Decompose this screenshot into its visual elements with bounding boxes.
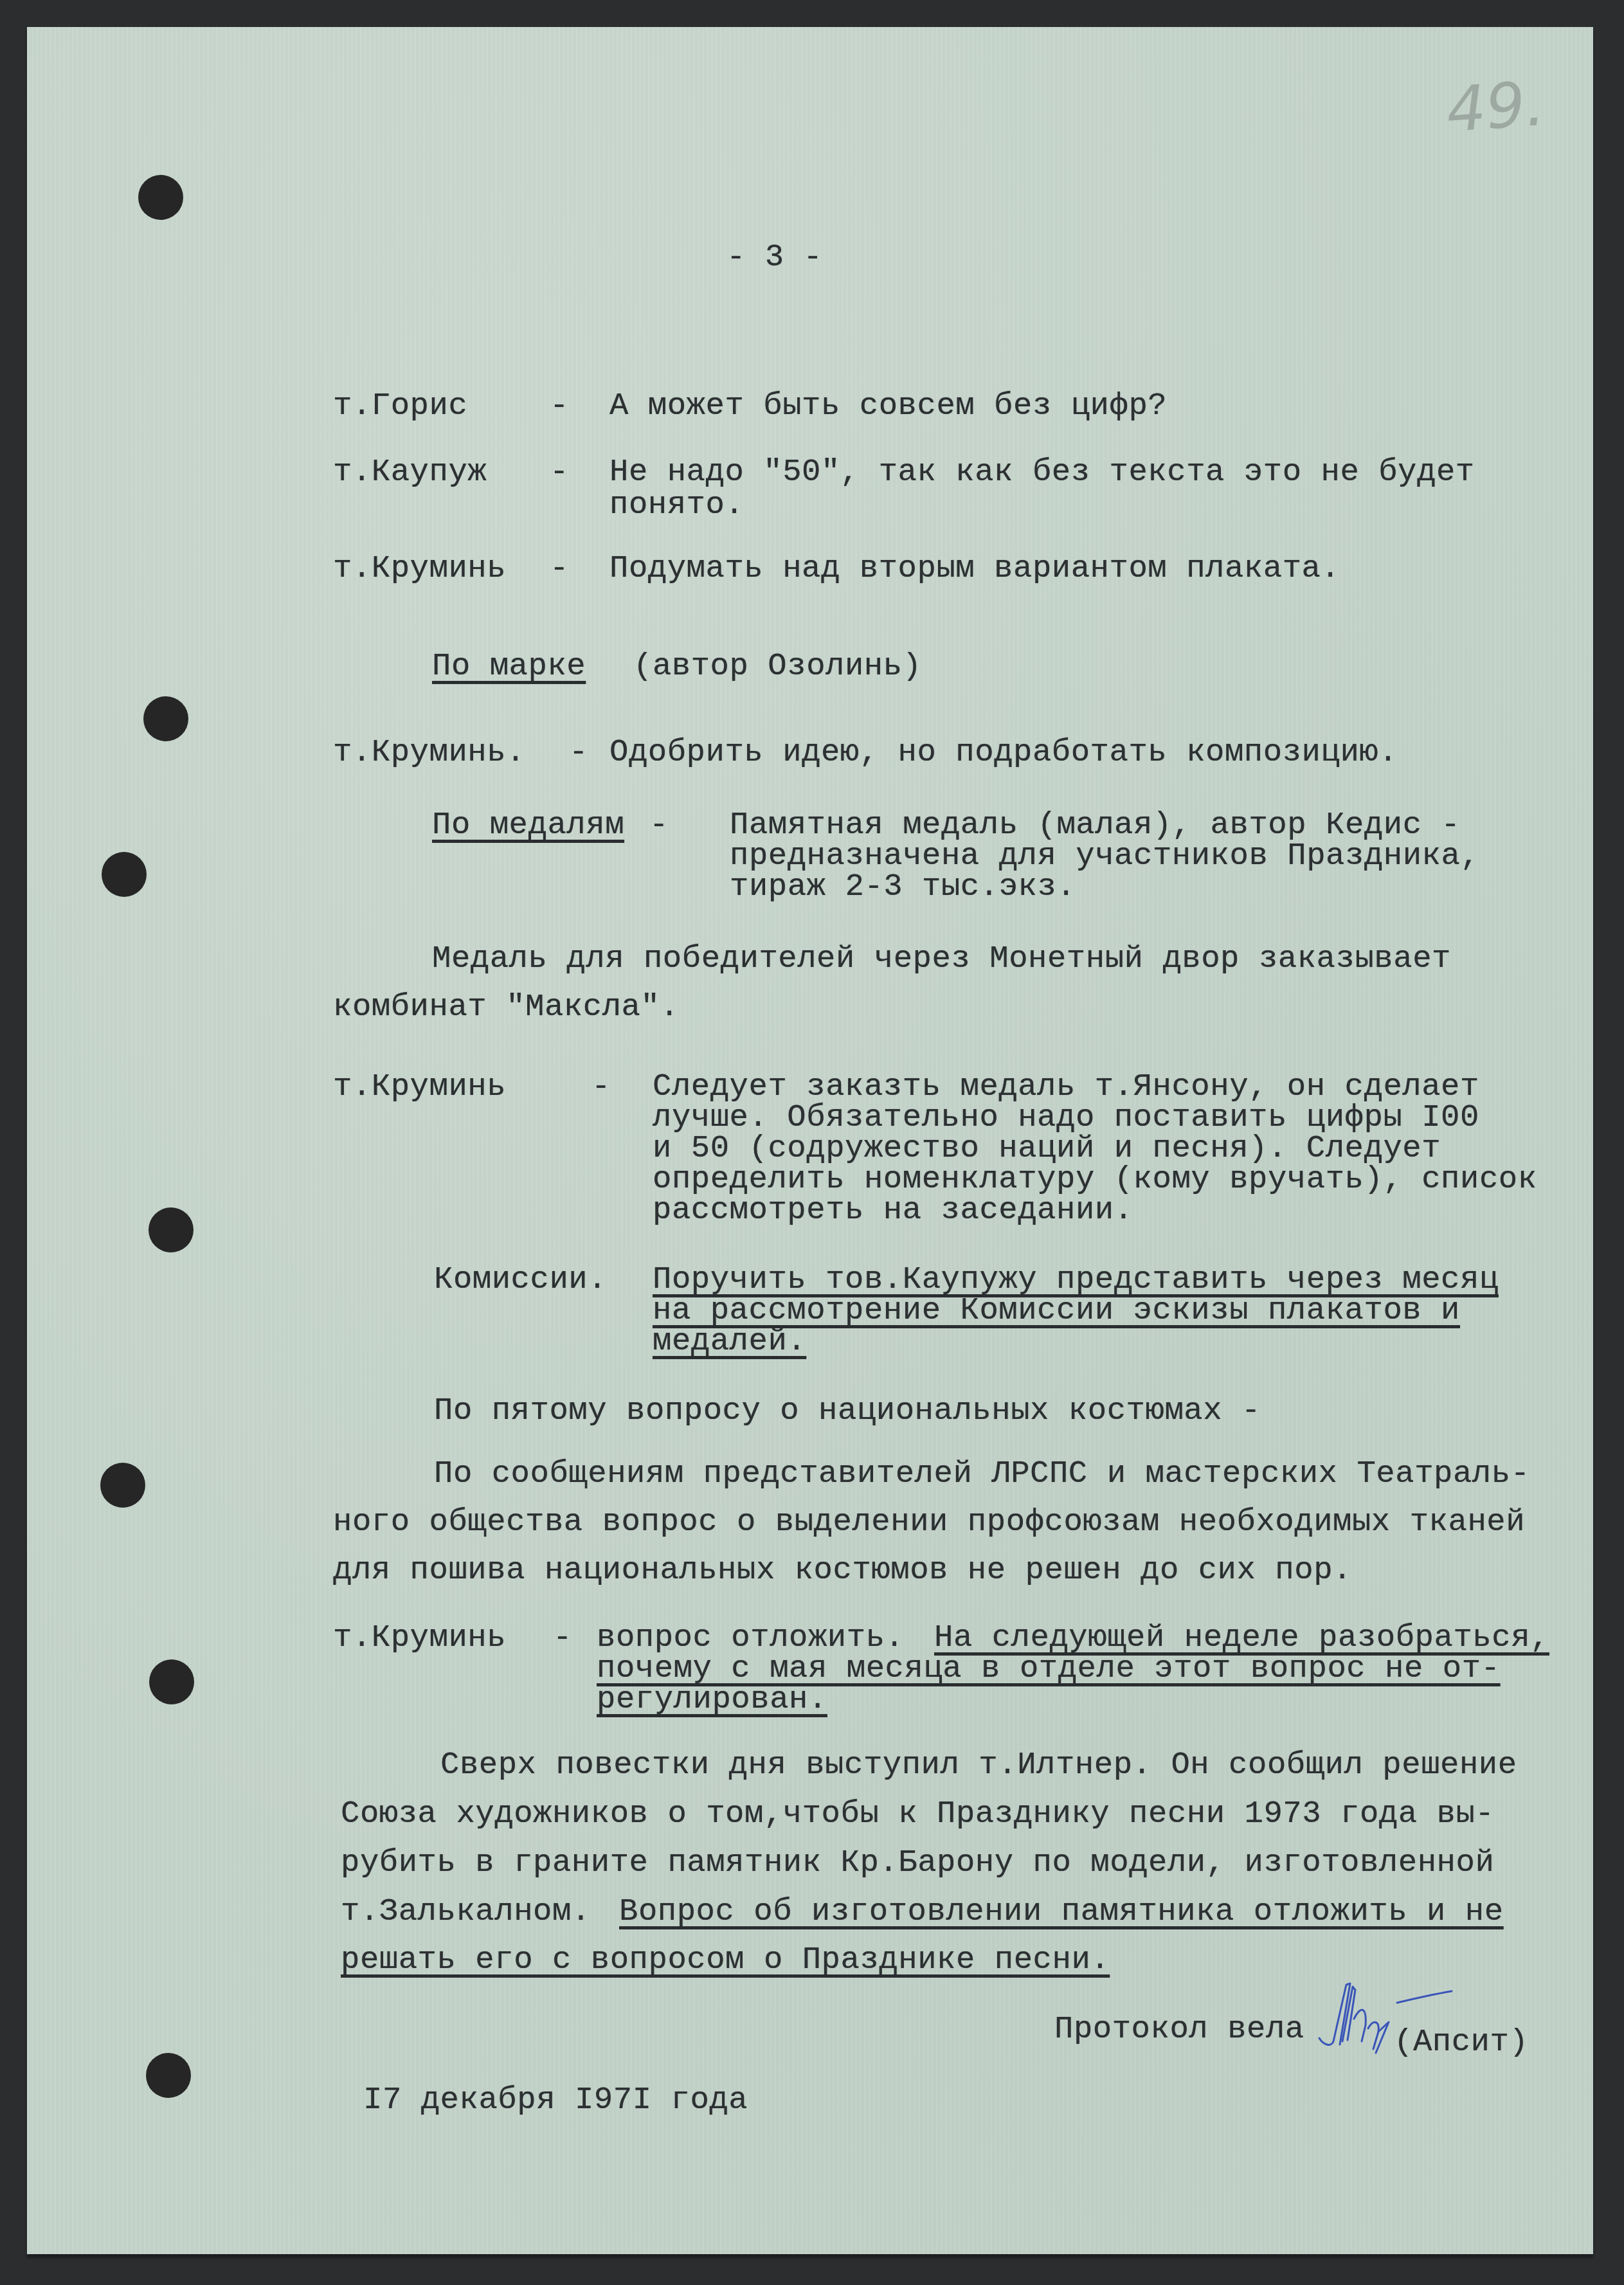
statement-line: тираж 2-3 тыс.экз. — [730, 869, 1076, 905]
paragraph-line: т.Залькалном. — [341, 1893, 610, 1929]
paragraph-line: Сверх повестки дня выступил т.Илтнер. Он… — [440, 1747, 1517, 1783]
speaker-label: т.Круминь — [333, 1069, 506, 1105]
punch-hole — [143, 696, 188, 741]
document-date: I7 декабря I97I года — [363, 2082, 748, 2118]
page-header: - 3 - — [726, 239, 823, 275]
statement-line: А может быть совсем без цифр? — [609, 388, 1167, 424]
signatory-name: (Апсит) — [1394, 2024, 1528, 2060]
statement-line: рассмотреть на заседании. — [653, 1192, 1133, 1228]
section-note: (автор Озолинь) — [633, 648, 922, 684]
archive-page-number: 49. — [1444, 68, 1547, 146]
section-dash: - — [649, 807, 669, 843]
speaker-label: Комиссии. — [434, 1261, 607, 1297]
resolution-line: регулирован. — [597, 1681, 827, 1717]
speaker-label: т.Круминь — [333, 550, 506, 586]
speaker-dash: - — [569, 734, 588, 770]
punch-hole — [102, 852, 147, 897]
punch-hole — [138, 175, 183, 220]
signature-label: Протокол вела — [1054, 2011, 1304, 2047]
resolution-line: решать его с вопросом о Празднике песни. — [341, 1942, 1110, 1978]
paragraph-line: для пошива национальных костюмов не реше… — [333, 1552, 1352, 1588]
speaker-dash: - — [550, 454, 569, 490]
punch-hole — [100, 1463, 145, 1508]
statement-line: Одобрить идею, но подработать композицию… — [609, 734, 1398, 770]
speaker-dash: - — [553, 1620, 572, 1656]
paragraph-line: Медаль для победителей через Монетный дв… — [432, 941, 1451, 977]
speaker-label: т.Горис — [333, 388, 467, 424]
paragraph-line: ного общества вопрос о выделении профсою… — [333, 1504, 1525, 1540]
speaker-label: т.Круминь — [333, 1620, 506, 1656]
speaker-label: т.Каупуж — [333, 454, 487, 490]
resolution-line: медалей. — [653, 1323, 806, 1359]
statement-line: Не надо "50", так как без текста это не … — [609, 454, 1475, 490]
paragraph-line: комбинат "Максла". — [333, 989, 679, 1025]
section-heading: По медалям — [432, 807, 624, 843]
speaker-label: т.Круминь. — [333, 734, 525, 770]
speaker-dash: - — [550, 550, 569, 586]
paragraph-line: рубить в граните памятник Кр.Барону по м… — [341, 1845, 1494, 1881]
paragraph-line: По сообщениям представителей ЛРСПС и мас… — [434, 1456, 1530, 1492]
statement-line: Подумать над вторым вариантом плаката. — [609, 550, 1340, 586]
speaker-dash: - — [550, 388, 569, 424]
punch-hole — [146, 2053, 191, 2098]
paragraph-line: Союза художников о том,чтобы к Празднику… — [341, 1796, 1494, 1832]
statement-line: понято. — [609, 487, 744, 523]
punch-hole — [149, 1207, 194, 1252]
punch-hole — [149, 1659, 194, 1704]
speaker-dash: - — [591, 1069, 611, 1105]
resolution-line: Вопрос об изготовлении памятника отложит… — [619, 1893, 1504, 1929]
paragraph-line: По пятому вопросу о национальных костюма… — [434, 1393, 1261, 1429]
section-heading: По марке — [432, 648, 586, 684]
